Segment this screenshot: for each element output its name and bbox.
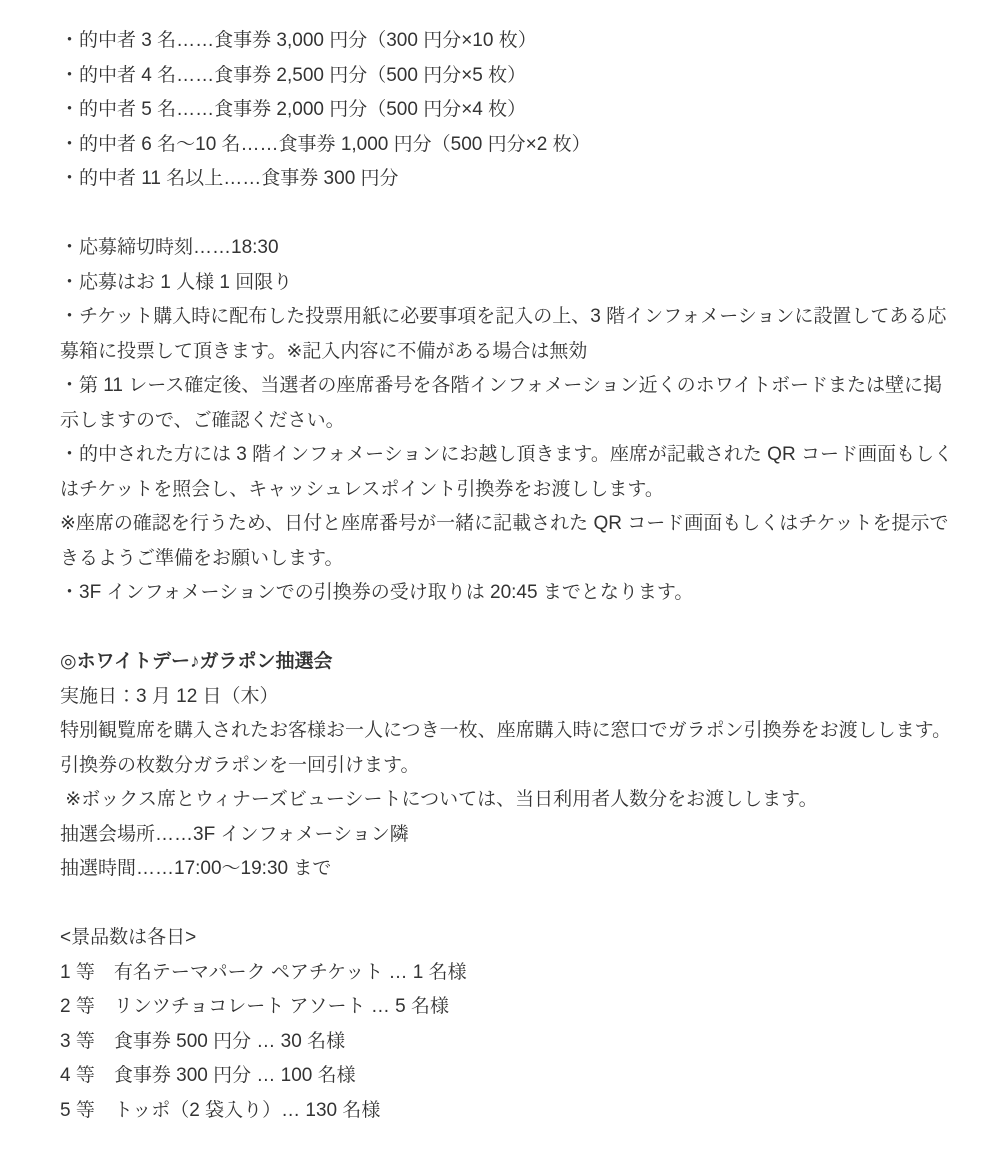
application-rule-line: ・第 11 レース確定後、当選者の座席番号を各階インフォメーション近くのホワイト…: [60, 369, 960, 438]
daily-prize-line: 1 等 有名テーマパーク ペアチケット … 1 名様: [60, 956, 960, 991]
application-rule-line: ・的中された方には 3 階インフォメーションにお越し頂きます。座席が記載された …: [60, 438, 960, 507]
application-rule-line: ・3F インフォメーションでの引換券の受け取りは 20:45 までとなります。: [60, 576, 960, 611]
document-page: ・的中者 3 名……食事券 3,000 円分（300 円分×10 枚） ・的中者…: [0, 0, 1000, 1158]
garapon-event-heading: ◎ホワイトデー♪ガラポン抽選会: [60, 645, 960, 680]
winner-prizes-section: ・的中者 3 名……食事券 3,000 円分（300 円分×10 枚） ・的中者…: [60, 24, 960, 197]
application-rule-line: ・応募はお 1 人様 1 回限り: [60, 266, 960, 301]
daily-prize-line: 2 等 リンツチョコレート アソート … 5 名様: [60, 990, 960, 1025]
application-rule-note: ※座席の確認を行うため、日付と座席番号が一緒に記載された QR コード画面もしく…: [60, 507, 960, 576]
winner-prize-line: ・的中者 11 名以上……食事券 300 円分: [60, 162, 960, 197]
winner-prize-line: ・的中者 4 名……食事券 2,500 円分（500 円分×5 枚）: [60, 59, 960, 94]
daily-prizes-heading: <景品数は各日>: [60, 921, 960, 956]
winner-prize-line: ・的中者 6 名～10 名……食事券 1,000 円分（500 円分×2 枚）: [60, 128, 960, 163]
daily-prize-line: 3 等 食事券 500 円分 … 30 名様: [60, 1025, 960, 1060]
application-rule-line: ・応募締切時刻……18:30: [60, 231, 960, 266]
garapon-event-note: ※ボックス席とウィナーズビューシートについては、当日利用者人数分をお渡しします。: [60, 783, 960, 818]
garapon-event-date: 実施日：3 月 12 日（木）: [60, 680, 960, 715]
application-rule-line: ・チケット購入時に配布した投票用紙に必要事項を記入の上、3 階インフォメーション…: [60, 300, 960, 369]
winner-prize-line: ・的中者 5 名……食事券 2,000 円分（500 円分×4 枚）: [60, 93, 960, 128]
application-rules-section: ・応募締切時刻……18:30 ・応募はお 1 人様 1 回限り ・チケット購入時…: [60, 231, 960, 611]
daily-prize-line: 4 等 食事券 300 円分 … 100 名様: [60, 1059, 960, 1094]
daily-prizes-section: <景品数は各日> 1 等 有名テーマパーク ペアチケット … 1 名様 2 等 …: [60, 921, 960, 1128]
daily-prize-line: 5 等 トッポ（2 袋入り）… 130 名様: [60, 1094, 960, 1129]
garapon-event-time: 抽選時間……17:00～19:30 まで: [60, 852, 960, 887]
winner-prize-line: ・的中者 3 名……食事券 3,000 円分（300 円分×10 枚）: [60, 24, 960, 59]
garapon-event-description: 特別観覧席を購入されたお客様お一人につき一枚、座席購入時に窓口でガラポン引換券を…: [60, 714, 960, 783]
garapon-event-section: ◎ホワイトデー♪ガラポン抽選会 実施日：3 月 12 日（木） 特別観覧席を購入…: [60, 645, 960, 887]
garapon-event-place: 抽選会場所……3F インフォメーション隣: [60, 818, 960, 853]
